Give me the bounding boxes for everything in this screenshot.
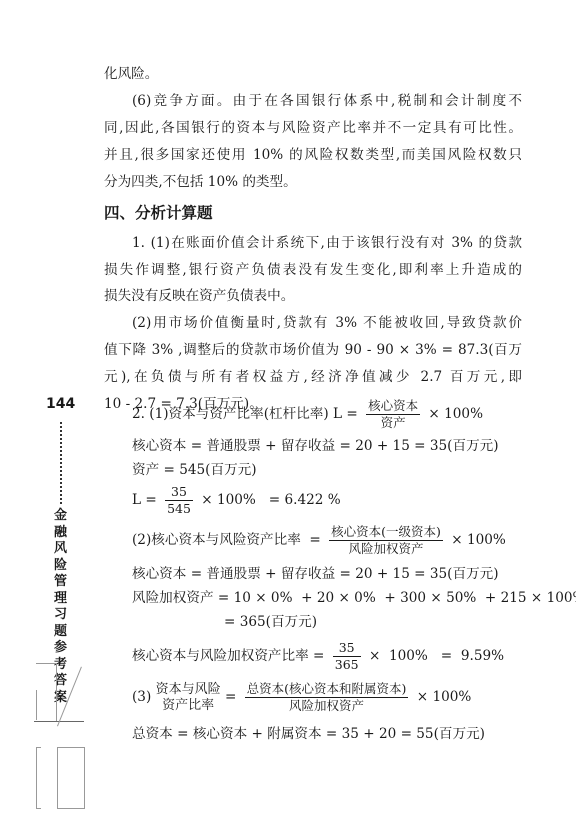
text-line: 化风险。 [104,64,158,84]
text-line: 同,因此,各国银行的资本与风险资产比率并不一定具有可比性。 [104,118,522,138]
margin-decoration [36,663,57,722]
text-line: 总资本 = 核心资本 + 附属资本 = 35 + 20 = 55(百万元) [132,724,485,744]
formula-leverage-ratio: 2. (1)资本与资产比率(杠杆比率) L = 核心资本 资产 × 100% [132,398,483,430]
denominator: 风险加权资产 [329,541,443,556]
fraction: 总资本(核心资本和附属资本) 风险加权资产 [245,682,409,713]
denominator: 资产 [366,415,420,430]
fraction: 核心资本 资产 [366,399,420,430]
formula-L-value: L = 35 545 × 100% = 6.422 % [132,484,341,516]
text-line: 风险加权资产 = 10 × 0% + 20 × 0% + 300 × 50% +… [132,588,576,608]
formula-prefix: (2)核心资本与风险资产比率 = [132,532,321,548]
numerator: 35 [333,641,361,657]
formula-core-to-rwa: 核心资本与风险加权资产比率 = 35 365 × 100% = 9.59% [132,640,504,672]
formula-suffix: × 100% [451,532,506,548]
fraction: 35 545 [165,485,193,516]
formula-label: (3) [132,689,151,705]
dotted-leader [60,422,64,504]
text-line: 值下降 3% ,调整后的贷款市场价值为 90 - 90 × 3% = 87.3(… [104,340,522,360]
text-line: (6)竞争方面。由于在各国银行体系中,税制和会计制度不 [132,91,522,111]
page-number: 144 [46,396,75,412]
text-line: 核心资本 = 普通股票 + 留存收益 = 20 + 15 = 35(百万元) [132,436,499,456]
text-line: = 365(百万元) [224,612,317,632]
fraction: 核心资本(一级资本) 风险加权资产 [329,525,443,556]
formula-prefix: 核心资本与风险加权资产比率 = [132,648,324,664]
denominator: 风险加权资产 [245,698,409,713]
formula-total-capital-ratio: (3) 资本与风险 资产比率 = 总资本(核心资本和附属资本) 风险加权资产 ×… [132,680,471,714]
formula-suffix: × 100% = 9.59% [369,648,504,664]
formula-suffix: × 100% [428,406,483,422]
text-line: 损失作调整,银行资产负债表没有发生变化,即利率上升造成的 [104,260,522,280]
text-line: 核心资本 = 普通股票 + 留存收益 = 20 + 15 = 35(百万元) [132,564,499,584]
margin-decoration [36,747,41,809]
stacked-label: 资本与风险 资产比率 [156,682,221,714]
denominator: 545 [165,501,193,516]
numerator: 核心资本(一级资本) [329,525,443,541]
text-line: 1. (1)在账面价值会计系统下,由于该银行没有对 3% 的贷款 [132,233,522,253]
text-line: 资产 = 545(百万元) [132,460,257,480]
denominator: 365 [333,657,361,672]
numerator: 总资本(核心资本和附属资本) [245,682,409,698]
stack-bottom: 资产比率 [156,698,221,714]
formula-suffix: × 100% = 6.422 % [201,492,340,508]
text-line: 元),在负债与所有者权益方,经济净值减少 2.7 百万元,即 [104,367,522,387]
text-line: 分为四类,不包括 10% 的类型。 [104,172,297,192]
text-line: (2)用市场价值衡量时,贷款有 3% 不能被收回,导致贷款价 [132,313,522,333]
fraction: 35 365 [333,641,361,672]
equals: = [225,689,236,705]
formula-prefix: L = [132,492,157,508]
text-line: 并且,很多国家还使用 10% 的风险权数类型,而美国风险权数只 [104,145,522,165]
margin-decoration [57,747,85,809]
text-line: 损失没有反映在资产负债表中。 [104,286,294,306]
section-heading: 四、分析计算题 [104,203,213,223]
numerator: 核心资本 [366,399,420,415]
stack-top: 资本与风险 [156,682,221,698]
margin-decoration [36,690,37,720]
formula-suffix: × 100% [417,689,472,705]
numerator: 35 [165,485,193,501]
formula-prefix: 2. (1)资本与资产比率(杠杆比率) L = [132,406,358,422]
formula-core-capital-ratio: (2)核心资本与风险资产比率 = 核心资本(一级资本) 风险加权资产 × 100… [132,524,506,556]
